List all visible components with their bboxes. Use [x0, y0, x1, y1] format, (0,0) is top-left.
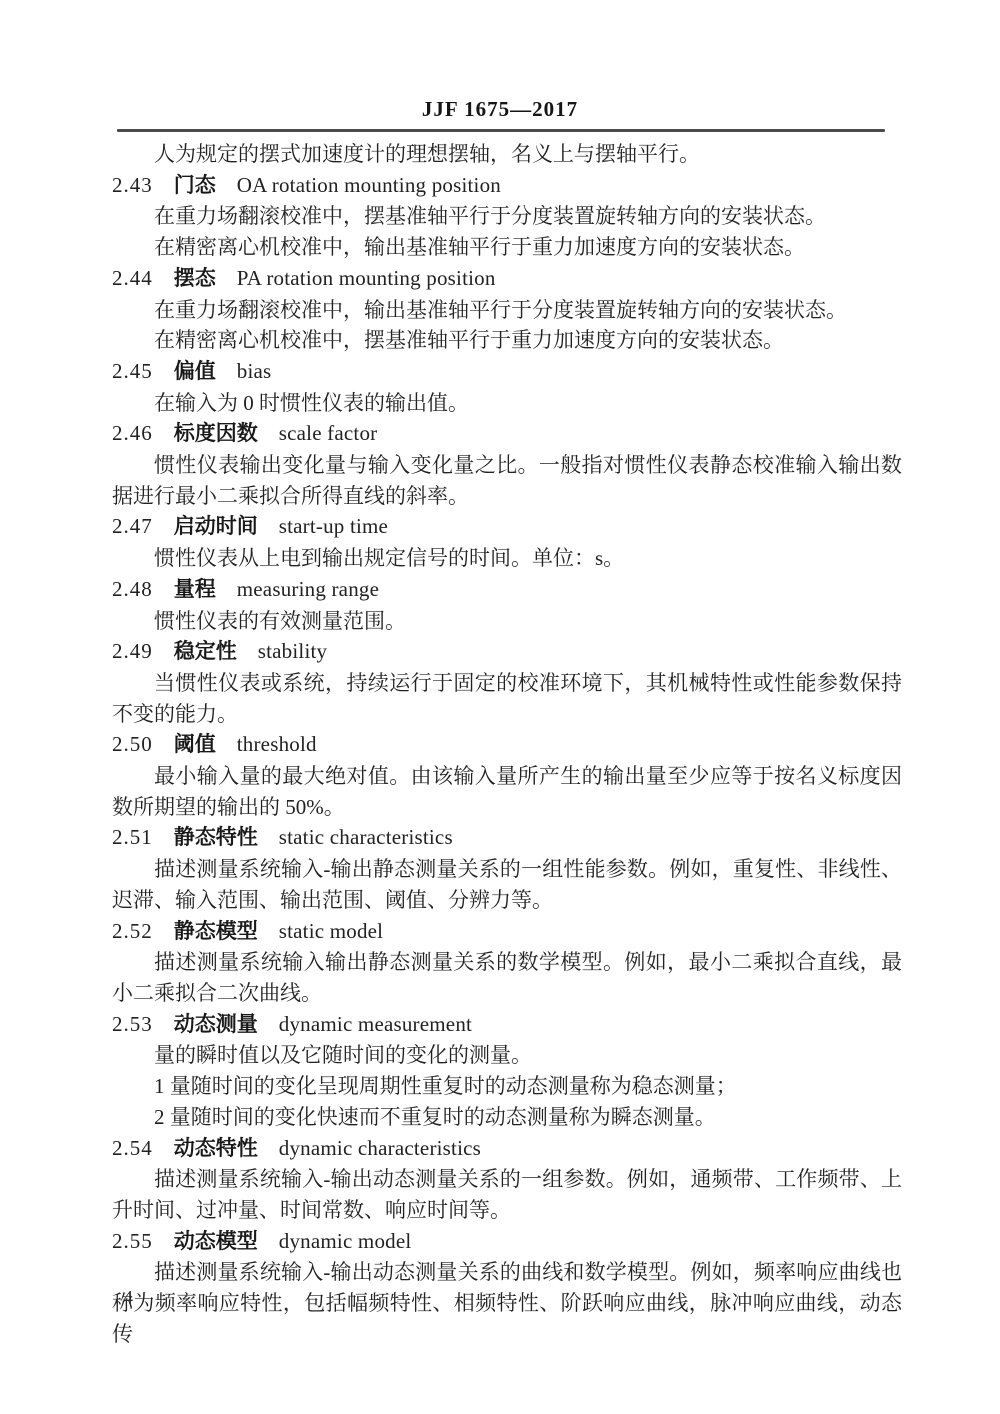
section-heading: 2.49稳定性stability [112, 636, 902, 668]
paragraph: 惯性仪表的有效测量范围。 [112, 606, 902, 637]
section-term-en: dynamic model [279, 1229, 412, 1253]
paragraph: 描述测量系统输入输出静态测量关系的数学模型。例如，最小二乘拟合直线，最小二乘拟合… [112, 947, 902, 1008]
section-number: 2.50 [112, 729, 153, 760]
section-term-cn: 动态测量 [174, 1013, 258, 1036]
section-heading: 2.48量程measuring range [112, 574, 902, 606]
paragraph: 在重力场翻滚校准中，摆基准轴平行于分度装置旋转轴方向的安装状态。 [112, 201, 902, 232]
header-rule [117, 129, 885, 132]
section-number: 2.52 [112, 916, 153, 947]
paragraph: 人为规定的摆式加速度计的理想摆轴，名义上与摆轴平行。 [112, 139, 902, 170]
section-term-en: stability [258, 639, 327, 663]
section-term-en: static model [279, 919, 383, 943]
section-term-en: start-up time [279, 514, 388, 538]
section-number: 2.54 [112, 1133, 153, 1164]
section-term-cn: 量程 [174, 578, 216, 601]
section-term-en: dynamic measurement [279, 1012, 472, 1036]
paragraph: 在输入为 0 时惯性仪表的输出值。 [112, 388, 902, 419]
section-term-cn: 动态特性 [174, 1137, 258, 1160]
paragraph: 最小输入量的最大绝对值。由该输入量所产生的输出量至少应等于按名义标度因数所期望的… [112, 761, 902, 822]
section-term-en: OA rotation mounting position [237, 173, 501, 197]
section-number: 2.45 [112, 356, 153, 387]
paragraph: 描述测量系统输入-输出静态测量关系的一组性能参数。例如，重复性、非线性、迟滞、输… [112, 854, 902, 915]
paragraph: 在精密离心机校准中，输出基准轴平行于重力加速度方向的安装状态。 [112, 232, 902, 263]
section-number: 2.55 [112, 1226, 153, 1257]
section-term-en: threshold [237, 732, 317, 756]
section-term-cn: 偏值 [174, 360, 216, 383]
content: 人为规定的摆式加速度计的理想摆轴，名义上与摆轴平行。2.43门态OA rotat… [112, 139, 902, 1349]
paragraph: 在精密离心机校准中，摆基准轴平行于重力加速度方向的安装状态。 [112, 325, 902, 356]
paragraph: 惯性仪表从上电到输出规定信号的时间。单位：s。 [112, 543, 902, 574]
paragraph: 量的瞬时值以及它随时间的变化的测量。 [112, 1040, 902, 1071]
section-heading: 2.51静态特性static characteristics [112, 822, 902, 854]
section-number: 2.49 [112, 636, 153, 667]
section-heading: 2.44摆态PA rotation mounting position [112, 263, 902, 295]
section-term-cn: 动态模型 [174, 1230, 258, 1253]
section-number: 2.47 [112, 511, 153, 542]
section-term-en: bias [237, 359, 272, 383]
section-term-cn: 启动时间 [174, 515, 258, 538]
section-heading: 2.46标度因数scale factor [112, 418, 902, 450]
paragraph: 2 量随时间的变化快速而不重复时的动态测量称为瞬态测量。 [112, 1102, 902, 1133]
section-heading: 2.43门态OA rotation mounting position [112, 170, 902, 202]
section-heading: 2.50阈值threshold [112, 729, 902, 761]
section-term-cn: 门态 [174, 174, 216, 197]
paragraph: 惯性仪表输出变化量与输入变化量之比。一般指对惯性仪表静态校准输入输出数据进行最小… [112, 450, 902, 511]
section-heading: 2.53动态测量dynamic measurement [112, 1009, 902, 1041]
section-term-cn: 静态特性 [174, 826, 258, 849]
section-term-cn: 阈值 [174, 733, 216, 756]
section-heading: 2.52静态模型static model [112, 916, 902, 948]
section-number: 2.44 [112, 263, 153, 294]
paragraph: 描述测量系统输入-输出动态测量关系的曲线和数学模型。例如，频率响应曲线也称为频率… [112, 1257, 902, 1349]
section-term-en: static characteristics [279, 825, 453, 849]
section-term-en: scale factor [279, 421, 378, 445]
section-heading: 2.55动态模型dynamic model [112, 1226, 902, 1258]
section-number: 2.48 [112, 574, 153, 605]
paragraph: 描述测量系统输入-输出动态测量关系的一组参数。例如，通频带、工作频带、上升时间、… [112, 1164, 902, 1225]
page-number: 4 [123, 1287, 133, 1310]
document-page: JJF 1675—2017 人为规定的摆式加速度计的理想摆轴，名义上与摆轴平行。… [0, 0, 1000, 1414]
document-header-title: JJF 1675—2017 [0, 97, 1000, 122]
section-number: 2.46 [112, 418, 153, 449]
section-term-cn: 摆态 [174, 267, 216, 290]
section-term-cn: 稳定性 [174, 640, 237, 663]
section-term-cn: 静态模型 [174, 920, 258, 943]
section-heading: 2.47启动时间start-up time [112, 511, 902, 543]
paragraph: 在重力场翻滚校准中，输出基准轴平行于分度装置旋转轴方向的安装状态。 [112, 295, 902, 326]
section-number: 2.53 [112, 1009, 153, 1040]
paragraph: 1 量随时间的变化呈现周期性重复时的动态测量称为稳态测量； [112, 1071, 902, 1102]
section-term-cn: 标度因数 [174, 422, 258, 445]
section-heading: 2.54动态特性dynamic characteristics [112, 1133, 902, 1165]
section-heading: 2.45偏值bias [112, 356, 902, 388]
section-term-en: dynamic characteristics [279, 1136, 481, 1160]
section-number: 2.43 [112, 170, 153, 201]
section-term-en: measuring range [237, 577, 379, 601]
paragraph: 当惯性仪表或系统，持续运行于固定的校准环境下，其机械特性或性能参数保持不变的能力… [112, 668, 902, 729]
section-term-en: PA rotation mounting position [237, 266, 496, 290]
section-number: 2.51 [112, 822, 153, 853]
